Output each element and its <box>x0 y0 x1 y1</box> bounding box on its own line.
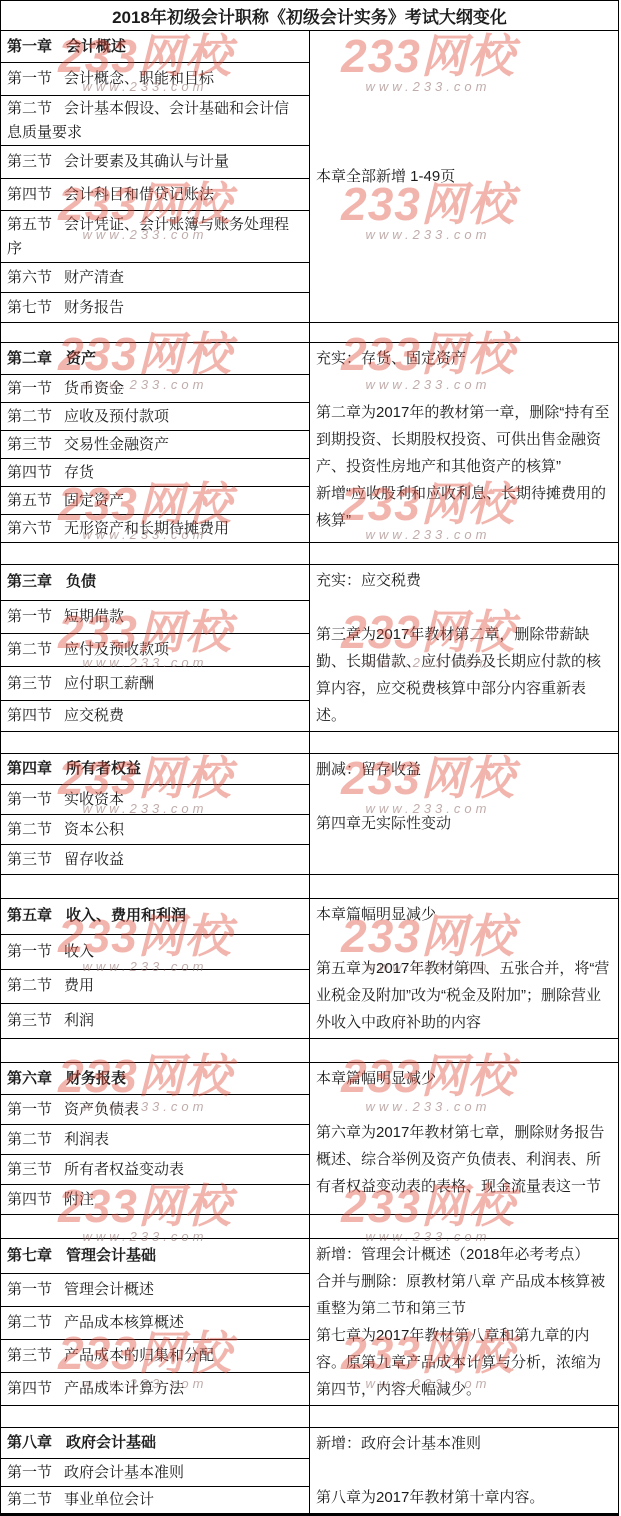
section-cell: 第一节货币资金 <box>1 375 310 403</box>
section-title: 资本公积 <box>64 821 124 838</box>
section-number: 第二节 <box>7 1131 52 1148</box>
empty-cell <box>310 732 619 754</box>
change-line: 第八章为2017年教材第十章内容。 <box>316 1484 612 1511</box>
section-number: 第一节 <box>7 791 52 808</box>
separator-row <box>1 1215 619 1239</box>
chapter-name: 负债 <box>66 573 96 590</box>
chapter-1-changes-cell: 本章全部新增 1-49页 <box>310 31 619 323</box>
section-title: 利润 <box>64 1012 94 1029</box>
section-cell: 第四节会计科目和借贷记账法 <box>1 179 310 211</box>
chapter-7-heading: 第七章管理会计基础 <box>1 1239 310 1274</box>
section-cell: 第一节管理会计概述 <box>1 1274 310 1307</box>
section-number: 第二节 <box>7 977 52 994</box>
change-line: 新增：政府会计基本准则 <box>316 1430 612 1457</box>
chapter-3-changes-cell: 充实：应交税费 第三章为2017年教材第二章，删除带薪缺勤、长期借款、应付债券及… <box>310 565 619 732</box>
chapter-row: 第四章所有者权益 删减：留存收益 第四章无实际性变动 <box>1 754 619 785</box>
empty-cell <box>1 543 310 565</box>
syllabus-change-document: 233网校www.233.com 233网校www.233.com 233网校w… <box>0 0 621 1516</box>
chapter-5-heading: 第五章收入、费用和利润 <box>1 899 310 935</box>
chapter-6-heading: 第六章财务报表 <box>1 1063 310 1095</box>
section-title: 应付职工薪酬 <box>64 675 154 692</box>
section-number: 第一节 <box>7 70 52 87</box>
section-title: 财产清查 <box>64 269 124 286</box>
empty-cell <box>310 323 619 343</box>
section-title: 产品成本计算方法 <box>64 1380 184 1397</box>
change-line <box>316 783 612 810</box>
syllabus-change-table: 2018年初级会计职称《初级会计实务》考试大纲变化 第一章会计概述 本章全部新增… <box>0 0 619 1516</box>
section-title: 政府会计基本准则 <box>64 1464 184 1481</box>
section-number: 第六节 <box>7 520 52 537</box>
section-title: 所有者权益变动表 <box>64 1161 184 1178</box>
title-row: 2018年初级会计职称《初级会计实务》考试大纲变化 <box>1 1 619 31</box>
chapter-row: 第二章资产 充实：存货、固定资产 第二章为2017年的教材第一章，删除“持有至到… <box>1 343 619 375</box>
chapter-5-changes-cell: 本章篇幅明显减少 第五章为2017年教材第四、五张合并，将“营业税金及附加”改为… <box>310 899 619 1039</box>
chapter-row: 第一章会计概述 本章全部新增 1-49页 <box>1 31 619 63</box>
section-number: 第一节 <box>7 608 52 625</box>
chapter-4-changes-cell: 删减：留存收益 第四章无实际性变动 <box>310 754 619 875</box>
section-cell: 第四节存货 <box>1 459 310 487</box>
empty-cell <box>310 1039 619 1063</box>
section-number: 第二节 <box>7 1491 52 1508</box>
section-number: 第五节 <box>7 492 52 509</box>
empty-cell <box>1 323 310 343</box>
section-title: 应付及预收款项 <box>64 641 169 658</box>
separator-row <box>1 1039 619 1063</box>
section-number: 第二节 <box>7 641 52 658</box>
separator-row <box>1 1406 619 1428</box>
section-cell: 第三节交易性金融资产 <box>1 431 310 459</box>
chapter-row: 第五章收入、费用和利润 本章篇幅明显减少 第五章为2017年教材第四、五张合并，… <box>1 899 619 935</box>
change-line: 本章篇幅明显减少 <box>316 901 612 928</box>
section-cell: 第二节应收及预付款项 <box>1 403 310 431</box>
section-cell: 第二节费用 <box>1 969 310 1004</box>
change-line: 第七章为2017年教材第八章和第九章的内容。原第九章产品成本计算与分析，浓缩为第… <box>316 1322 612 1403</box>
empty-cell <box>1 732 310 754</box>
section-cell: 第一节资产负债表 <box>1 1095 310 1125</box>
section-number: 第一节 <box>7 1101 52 1118</box>
chapter-8-heading: 第八章政府会计基础 <box>1 1428 310 1459</box>
section-cell: 第二节资本公积 <box>1 815 310 845</box>
section-number: 第二节 <box>7 821 52 838</box>
section-number: 第三节 <box>7 436 52 453</box>
section-number: 第二节 <box>7 1314 52 1331</box>
section-number: 第六节 <box>7 269 52 286</box>
section-title: 会计要素及其确认与计量 <box>64 153 229 170</box>
chapter-name: 收入、费用和利润 <box>66 907 186 924</box>
section-cell: 第五节固定资产 <box>1 487 310 515</box>
section-title: 应收及预付款项 <box>64 408 169 425</box>
section-number: 第四节 <box>7 1380 52 1397</box>
section-number: 第三节 <box>7 851 52 868</box>
chapter-number: 第五章 <box>7 907 52 924</box>
empty-cell <box>1 1406 310 1428</box>
chapter-number: 第七章 <box>7 1247 52 1264</box>
chapter-2-heading: 第二章资产 <box>1 343 310 375</box>
chapter-row: 第八章政府会计基础 新增：政府会计基本准则 第八章为2017年教材第十章内容。 <box>1 1428 619 1459</box>
change-line: 新增：管理会计概述（2018年必考考点） <box>316 1241 612 1268</box>
section-number: 第四节 <box>7 1191 52 1208</box>
section-cell: 第二节产品成本核算概述 <box>1 1307 310 1340</box>
section-cell: 第七节财务报告 <box>1 293 310 323</box>
section-cell: 第二节事业单位会计 <box>1 1487 310 1515</box>
section-cell: 第三节留存收益 <box>1 845 310 875</box>
chapter-number: 第八章 <box>7 1434 52 1451</box>
change-line: 新增“应收股利和应收利息、长期待摊费用的核算” <box>316 480 612 534</box>
change-line: 第六章为2017年教材第七章，删除财务报告概述、综合举例及资产负债表、利润表、所… <box>316 1119 612 1200</box>
chapter-name: 政府会计基础 <box>66 1434 156 1451</box>
section-cell: 第二节应付及预收款项 <box>1 634 310 667</box>
section-cell: 第四节产品成本计算方法 <box>1 1373 310 1406</box>
chapter-7-changes-cell: 新增：管理会计概述（2018年必考考点） 合并与删除：原教材第八章 产品成本核算… <box>310 1239 619 1406</box>
chapter-2-changes-cell: 充实：存货、固定资产 第二章为2017年的教材第一章，删除“持有至到期投资、长期… <box>310 343 619 543</box>
chapter-row: 第六章财务报表 本章篇幅明显减少 第六章为2017年教材第七章，删除财务报告概述… <box>1 1063 619 1095</box>
section-title: 产品成本核算概述 <box>64 1314 184 1331</box>
section-title: 应交税费 <box>64 707 124 724</box>
change-line: 第二章为2017年的教材第一章，删除“持有至到期投资、长期股权投资、可供出售金融… <box>316 399 612 480</box>
section-number: 第一节 <box>7 943 52 960</box>
change-line <box>316 1092 612 1119</box>
chapter-number: 第六章 <box>7 1070 52 1087</box>
section-number: 第五节 <box>7 216 52 233</box>
change-line: 第三章为2017年教材第二章，删除带薪缺勤、长期借款、应付债券及长期应付款的核算… <box>316 621 612 729</box>
section-title: 收入 <box>64 943 94 960</box>
chapter-number: 第四章 <box>7 760 52 777</box>
section-cell: 第四节应交税费 <box>1 700 310 731</box>
separator-row <box>1 323 619 343</box>
section-number: 第二节 <box>7 100 52 117</box>
section-title: 附注 <box>64 1191 94 1208</box>
section-title: 事业单位会计 <box>64 1491 154 1508</box>
section-number: 第三节 <box>7 1347 52 1364</box>
change-line: 本章篇幅明显减少 <box>316 1065 612 1092</box>
chapter-number: 第三章 <box>7 573 52 590</box>
section-cell: 第一节短期借款 <box>1 600 310 633</box>
section-title: 交易性金融资产 <box>64 436 169 453</box>
chapter-8-changes-cell: 新增：政府会计基本准则 第八章为2017年教材第十章内容。 <box>310 1428 619 1515</box>
section-title: 费用 <box>64 977 94 994</box>
section-cell: 第一节实收资本 <box>1 785 310 815</box>
section-title: 管理会计概述 <box>64 1281 154 1298</box>
section-title: 财务报告 <box>64 299 124 316</box>
empty-cell <box>310 1215 619 1239</box>
section-number: 第三节 <box>7 1161 52 1178</box>
empty-cell <box>1 1039 310 1063</box>
chapter-row: 第三章负债 充实：应交税费 第三章为2017年教材第二章，删除带薪缺勤、长期借款… <box>1 565 619 601</box>
section-cell: 第三节会计要素及其确认与计量 <box>1 146 310 179</box>
section-cell: 第五节会计凭证、会计账簿与账务处理程序 <box>1 211 310 263</box>
section-title: 固定资产 <box>64 492 124 509</box>
change-line <box>316 1457 612 1484</box>
section-cell: 第一节政府会计基本准则 <box>1 1459 310 1487</box>
chapter-number: 第二章 <box>7 350 52 367</box>
section-title: 利润表 <box>64 1131 109 1148</box>
section-number: 第三节 <box>7 675 52 692</box>
empty-cell <box>310 875 619 899</box>
chapter-3-heading: 第三章负债 <box>1 565 310 601</box>
section-cell: 第一节会计概念、职能和目标 <box>1 63 310 96</box>
change-line: 充实：应交税费 <box>316 567 612 594</box>
chapter-1-heading: 第一章会计概述 <box>1 31 310 63</box>
section-title: 会计科目和借贷记账法 <box>64 186 214 203</box>
chapter-name: 财务报表 <box>66 1070 126 1087</box>
change-line: 删减：留存收益 <box>316 756 612 783</box>
section-number: 第四节 <box>7 707 52 724</box>
section-number: 第七节 <box>7 299 52 316</box>
change-line <box>316 928 612 955</box>
chapter-4-heading: 第四章所有者权益 <box>1 754 310 785</box>
change-line <box>316 372 612 399</box>
section-number: 第一节 <box>7 380 52 397</box>
empty-cell <box>310 543 619 565</box>
section-cell: 第三节产品成本的归集和分配 <box>1 1340 310 1373</box>
section-title: 产品成本的归集和分配 <box>64 1347 214 1364</box>
change-line: 充实：存货、固定资产 <box>316 345 612 372</box>
empty-cell <box>1 875 310 899</box>
section-cell: 第六节无形资产和长期待摊费用 <box>1 515 310 543</box>
section-number: 第四节 <box>7 464 52 481</box>
separator-row <box>1 543 619 565</box>
section-number: 第四节 <box>7 186 52 203</box>
section-number: 第三节 <box>7 1012 52 1029</box>
section-title: 会计概念、职能和目标 <box>64 70 214 87</box>
change-line: 本章全部新增 1-49页 <box>316 163 612 190</box>
chapter-row: 第七章管理会计基础 新增：管理会计概述（2018年必考考点） 合并与删除：原教材… <box>1 1239 619 1274</box>
change-line: 合并与删除：原教材第八章 产品成本核算被重整为第二节和第三节 <box>316 1268 612 1322</box>
section-number: 第二节 <box>7 408 52 425</box>
section-cell: 第二节会计基本假设、会计基础和会计信息质量要求 <box>1 96 310 146</box>
section-cell: 第三节应付职工薪酬 <box>1 667 310 700</box>
section-title: 存货 <box>64 464 94 481</box>
section-cell: 第三节所有者权益变动表 <box>1 1155 310 1185</box>
chapter-name: 会计概述 <box>66 38 126 55</box>
empty-cell <box>310 1406 619 1428</box>
change-line: 第五章为2017年教材第四、五张合并，将“营业税金及附加”改为“税金及附加”；删… <box>316 955 612 1036</box>
section-cell: 第四节附注 <box>1 1185 310 1215</box>
change-line: 第四章无实际性变动 <box>316 810 612 837</box>
section-title: 留存收益 <box>64 851 124 868</box>
section-title: 实收资本 <box>64 791 124 808</box>
section-cell: 第三节利润 <box>1 1004 310 1039</box>
section-number: 第三节 <box>7 153 52 170</box>
section-title: 短期借款 <box>64 608 124 625</box>
section-cell: 第二节利润表 <box>1 1125 310 1155</box>
document-title: 2018年初级会计职称《初级会计实务》考试大纲变化 <box>1 1 619 31</box>
chapter-name: 所有者权益 <box>66 760 141 777</box>
separator-row <box>1 875 619 899</box>
section-cell: 第六节财产清查 <box>1 263 310 293</box>
chapter-name: 资产 <box>66 350 96 367</box>
section-title: 无形资产和长期待摊费用 <box>64 520 229 537</box>
section-title: 货币资金 <box>64 380 124 397</box>
empty-cell <box>1 1215 310 1239</box>
section-title: 资产负债表 <box>64 1101 139 1118</box>
separator-row <box>1 732 619 754</box>
section-cell: 第一节收入 <box>1 934 310 969</box>
section-number: 第一节 <box>7 1281 52 1298</box>
change-line <box>316 594 612 621</box>
chapter-6-changes-cell: 本章篇幅明显减少 第六章为2017年教材第七章，删除财务报告概述、综合举例及资产… <box>310 1063 619 1215</box>
section-number: 第一节 <box>7 1464 52 1481</box>
chapter-name: 管理会计基础 <box>66 1247 156 1264</box>
chapter-number: 第一章 <box>7 38 52 55</box>
